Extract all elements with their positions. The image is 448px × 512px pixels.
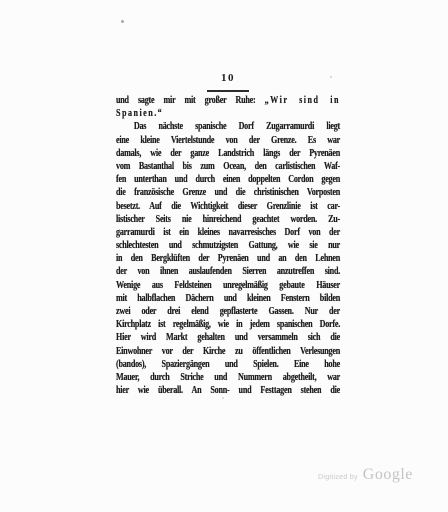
- text-line: schlechtesten und schmutzigsten Gattung,…: [116, 239, 340, 252]
- text-line: Einwohner vor der Kirche zu öffentlichen…: [116, 345, 340, 358]
- text-line: Hier wird Markt gehalten und versammeln …: [116, 331, 340, 344]
- scan-speck: [222, 397, 224, 399]
- book-page-scan: 10 und sagte mir mit großer Ruhe: „Wir s…: [0, 0, 448, 512]
- text-line: zwei oder drei elend gepflasterte Gassen…: [116, 305, 340, 318]
- text-line: und sagte mir mit großer Ruhe: „Wir sind…: [116, 94, 340, 107]
- text-line: Kirchplatz ist regelmäßig, wie in jedem …: [116, 318, 340, 331]
- text-line: (bandos), Spaziergängen und Spielen. Ein…: [116, 358, 340, 371]
- text-line: der von ihnen auslaufenden Sierren anzut…: [116, 265, 340, 278]
- emphasized-text: Spanien.“: [116, 108, 163, 119]
- text-line: eine kleine Viertelstunde von der Grenze…: [116, 134, 340, 147]
- emphasized-text: „Wir sind in: [265, 95, 340, 106]
- body-text: und sagte mir mit großer Ruhe: „Wir sind…: [116, 94, 340, 397]
- text-line: die französische Grenze und die christin…: [116, 186, 340, 199]
- text-line: Spanien.“: [116, 107, 340, 120]
- google-logo: Google: [363, 466, 413, 484]
- text-line: Mauer, durch Striche und Nummern abgethe…: [116, 371, 340, 384]
- page-number: 10: [116, 68, 340, 92]
- text-line: garramurdi ist ein kleines navarresische…: [116, 226, 340, 239]
- digitized-by-label: Digitized by: [318, 474, 358, 481]
- text-line: mit halbflachen Dächern und kleinen Fens…: [116, 292, 340, 305]
- page-number-text: 10: [221, 72, 235, 84]
- text-line: hier wie überall. An Sonn- und Festtagen…: [116, 384, 340, 397]
- text-line: Das nächste spanische Dorf Zugarramurdi …: [116, 120, 340, 133]
- scan-speck: [121, 20, 124, 23]
- text-line: damals, wie der ganze Landstrich längs d…: [116, 147, 340, 160]
- text-line: fen unterthan und durch einen doppelten …: [116, 173, 340, 186]
- scan-speck: [330, 76, 332, 78]
- page-number-rule: [207, 90, 249, 92]
- text-line: Wenige aus Feldsteinen unregelmäßig geba…: [116, 279, 340, 292]
- text-line: vom Bastanthal bis zum Ocean, den carlis…: [116, 160, 340, 173]
- text-line: besetzt. Auf die Wichtigkeit dieser Gren…: [116, 200, 340, 213]
- text-line: in den Bergklüften der Pyrenäen und an d…: [116, 252, 340, 265]
- text-run: und sagte mir mit großer Ruhe:: [116, 95, 265, 106]
- google-watermark: Digitized by Google: [318, 466, 413, 484]
- text-line: listischer Seits nie hinreichend geachte…: [116, 213, 340, 226]
